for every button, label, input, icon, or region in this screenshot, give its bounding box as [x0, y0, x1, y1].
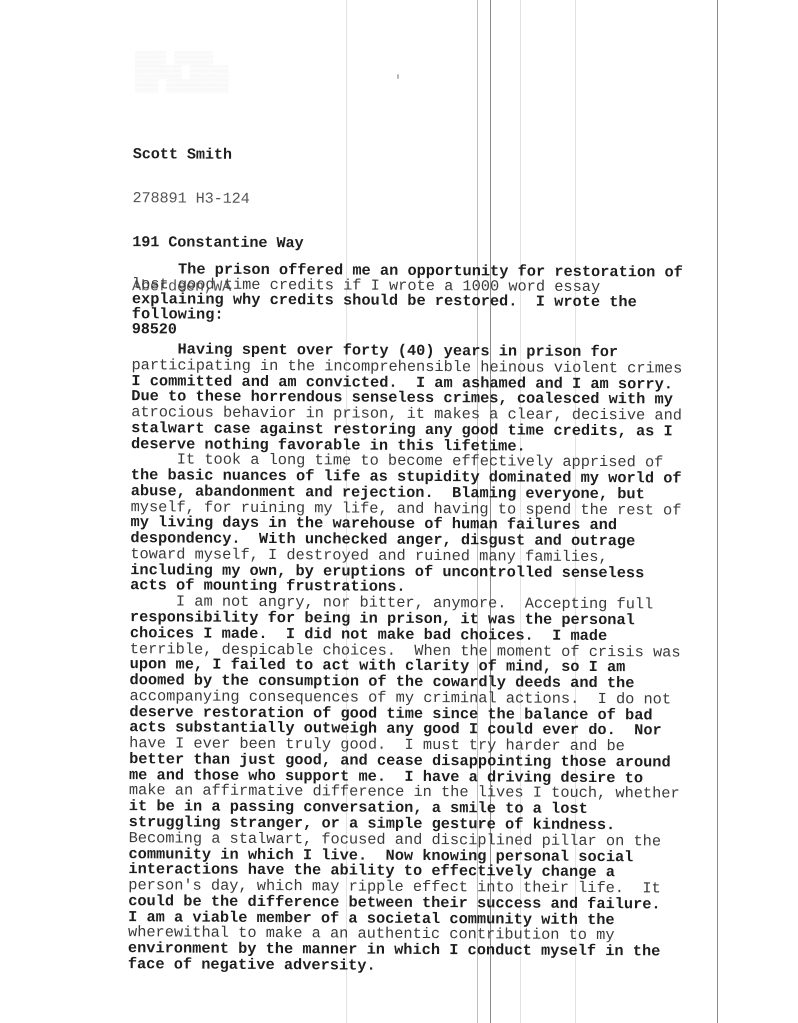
sender-address: Scott Smith 278891 H3-124 191 Constantin… [131, 118, 304, 367]
scan-speck [397, 74, 399, 79]
letter-page: Scott Smith 278891 H3-124 191 Constantin… [134, 0, 734, 3]
scan-line [717, 0, 718, 1023]
zip-code: 98520 [132, 322, 303, 338]
bleed-through-text: ▒▒▒▒ ▒▒▒▒▒ ▒▒▒▒▒▒ ▒▒▒▒▒ ▒▒▒ ▒▒▒▒▒▒▒▒ [135, 52, 255, 94]
sender-name: Scott Smith [133, 147, 304, 163]
inmate-number: 278891 H3-124 [132, 191, 303, 207]
essay-body: Having spent over forty (40) years in pr… [128, 342, 683, 976]
street-address: 191 Constantine Way [132, 235, 303, 251]
intro-paragraph: The prison offered me an opportunity for… [132, 262, 683, 325]
